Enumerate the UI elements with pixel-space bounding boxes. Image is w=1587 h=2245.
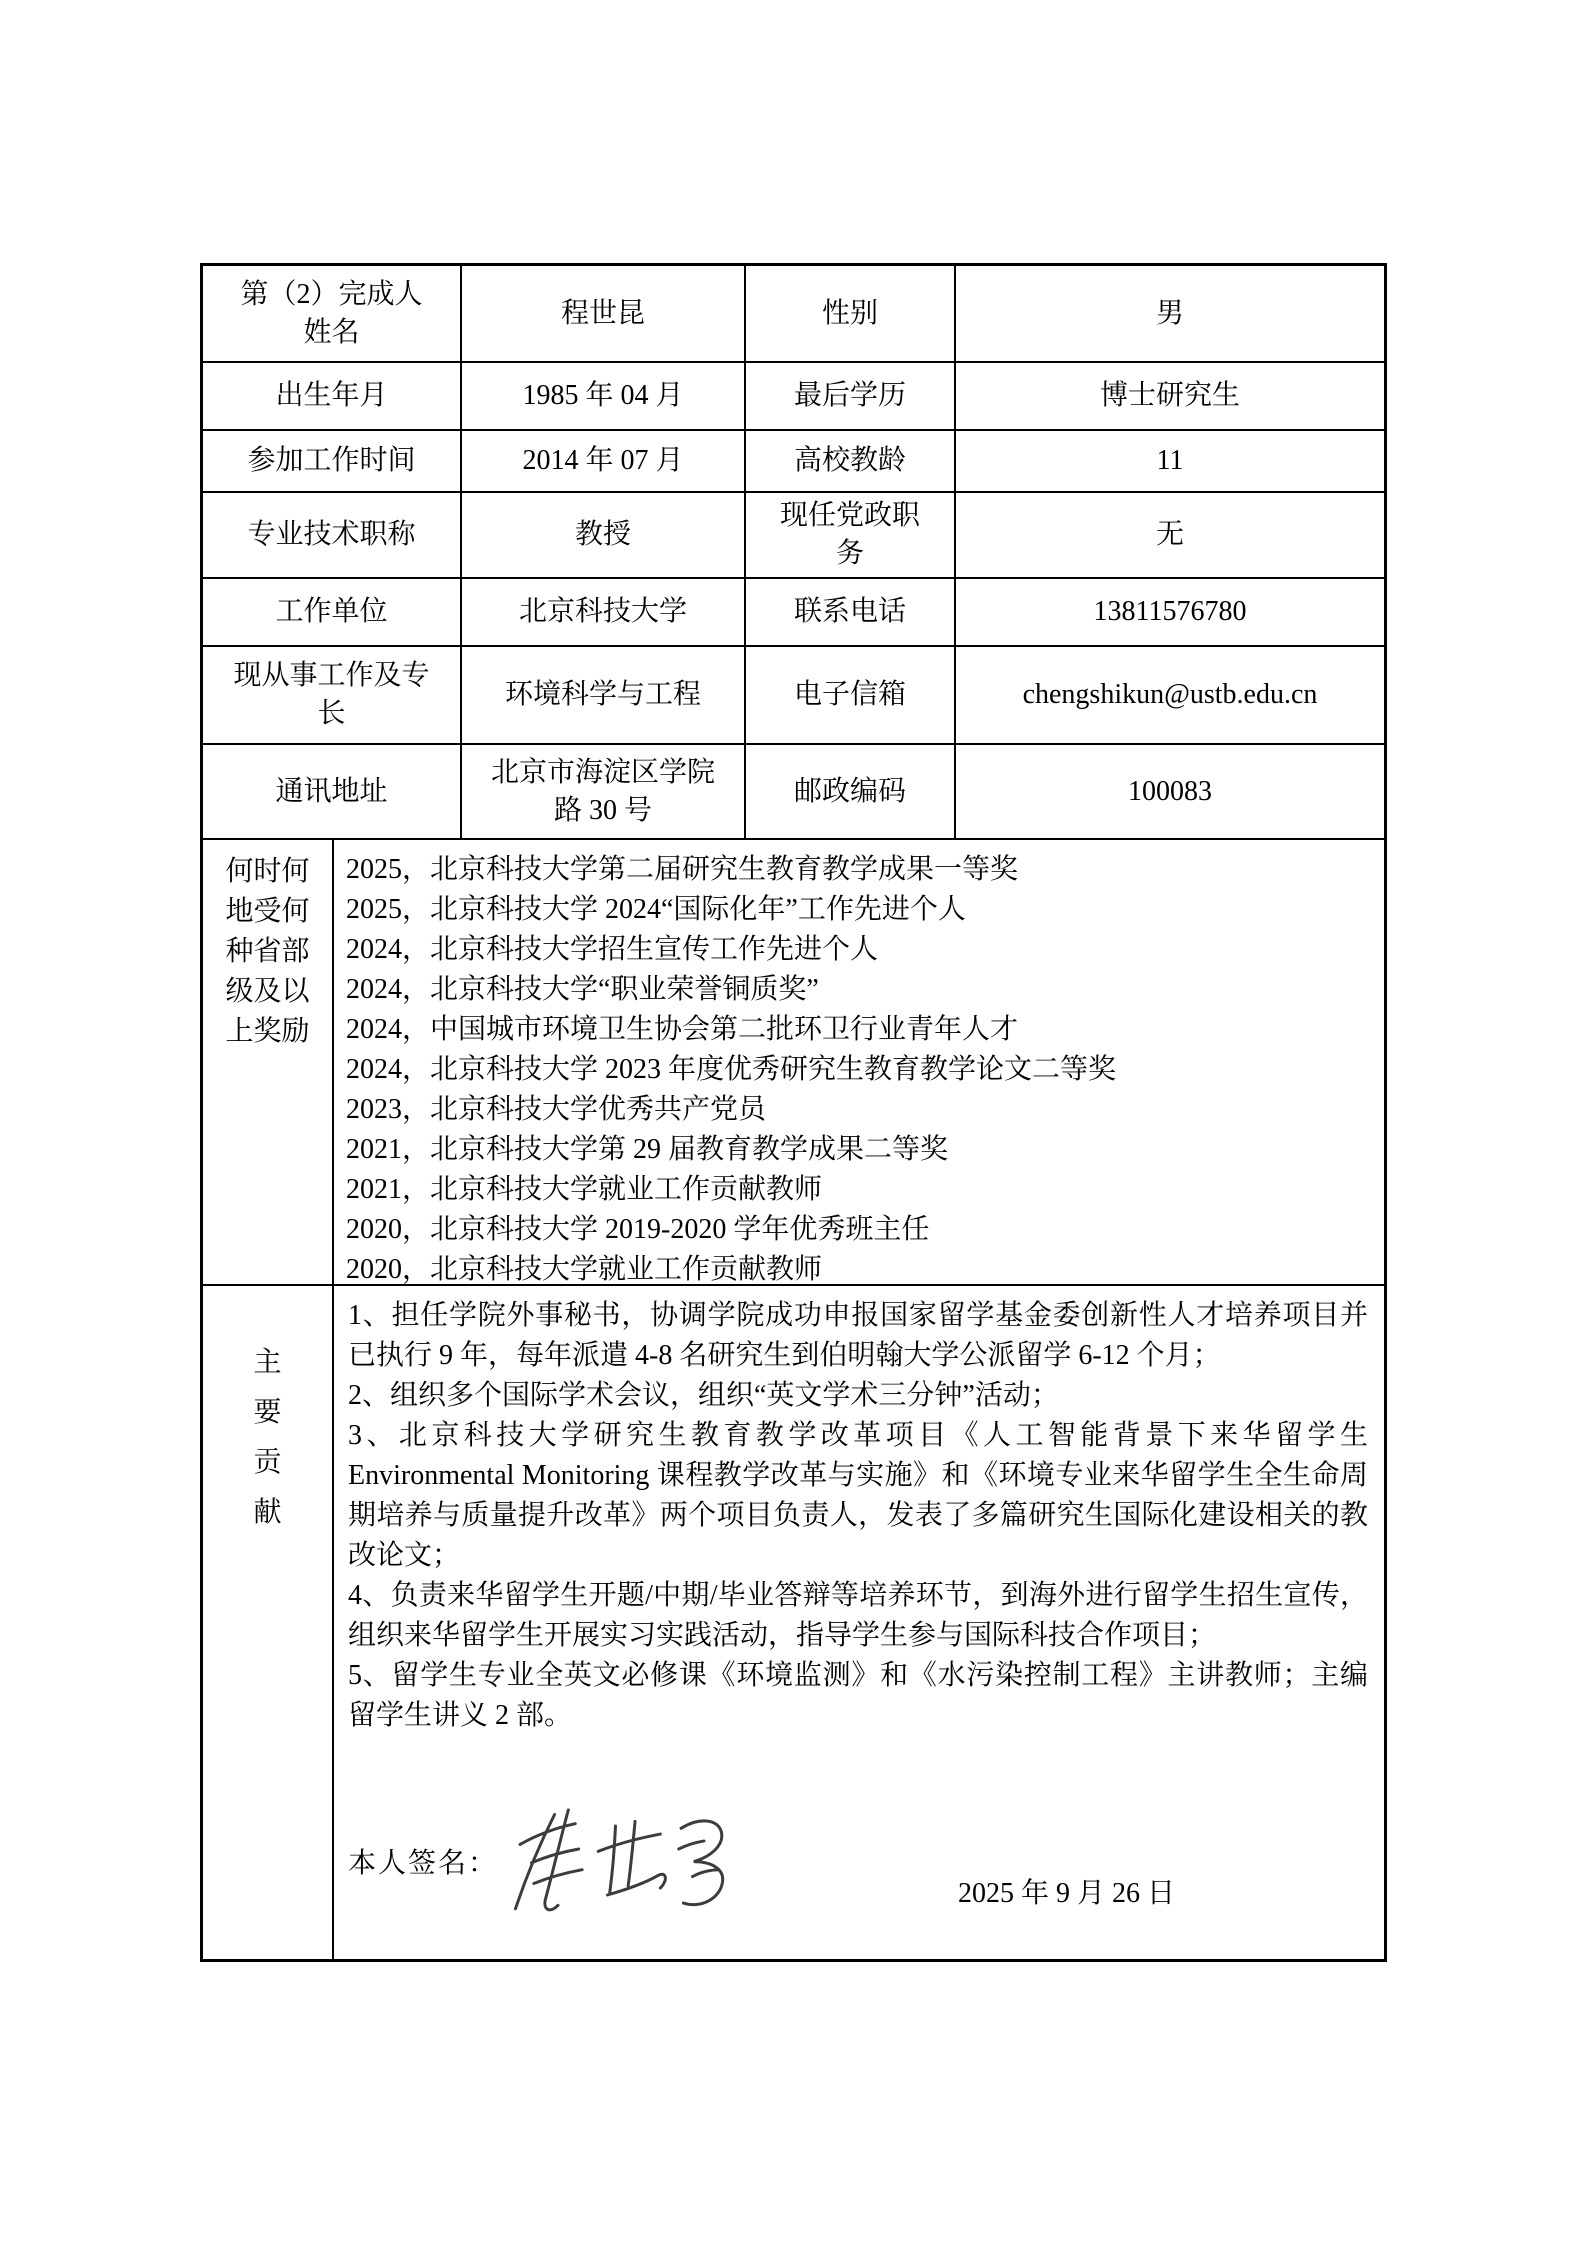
- birth-date-value: 1985 年 04 月: [462, 363, 746, 431]
- signature-label: 本人签名：: [348, 1844, 498, 1884]
- phone-label: 联系电话: [746, 579, 956, 647]
- table-row: 参加工作时间 2014 年 07 月 高校教龄 11: [203, 431, 1384, 493]
- award-item: 2024，北京科技大学 2023 年度优秀研究生教育教学论文二等奖: [346, 1050, 1370, 1090]
- award-item: 2024，北京科技大学招生宣传工作先进个人: [346, 930, 1370, 970]
- postcode-label: 邮政编码: [746, 745, 956, 840]
- table-row: 第（2）完成人 姓名 程世昆 性别 男: [203, 266, 1384, 363]
- table-row: 出生年月 1985 年 04 月 最后学历 博士研究生: [203, 363, 1384, 431]
- contributions-label: 主 要 贡 献: [203, 1286, 334, 1959]
- contribution-paragraph: 5、留学生专业全英文必修课《环境监测》和《水污染控制工程》主讲教师；主编留学生讲…: [348, 1656, 1368, 1736]
- phone-value: 13811576780: [956, 579, 1384, 647]
- completer-name-label: 第（2）完成人 姓名: [203, 266, 462, 363]
- gender-value: 男: [956, 266, 1384, 363]
- contribution-paragraph: 4、负责来华留学生开题/中期/毕业答辩等培养环节，到海外进行留学生招生宣传，组织…: [348, 1576, 1368, 1656]
- signature-date: 2025 年 9 月 26 日: [958, 1874, 1175, 1914]
- award-item: 2025，北京科技大学 2024“国际化年”工作先进个人: [346, 890, 1370, 930]
- address-label: 通讯地址: [203, 745, 462, 840]
- award-item: 2023，北京科技大学优秀共产党员: [346, 1090, 1370, 1130]
- email-label: 电子信箱: [746, 647, 956, 745]
- last-degree-value: 博士研究生: [956, 363, 1384, 431]
- completer-name-value: 程世昆: [462, 266, 746, 363]
- table-row: 现从事工作及专 长 环境科学与工程 电子信箱 chengshikun@ustb.…: [203, 647, 1384, 745]
- work-start-label: 参加工作时间: [203, 431, 462, 493]
- contribution-paragraph: 1、担任学院外事秘书，协调学院成功申报国家留学基金委创新性人才培养项目并已执行 …: [348, 1296, 1368, 1376]
- signature-image: [502, 1803, 752, 1918]
- award-item: 2024，中国城市环境卫生协会第二批环卫行业青年人才: [346, 1010, 1370, 1050]
- professional-title-value: 教授: [462, 493, 746, 579]
- party-post-value: 无: [956, 493, 1384, 579]
- table-row: 工作单位 北京科技大学 联系电话 13811576780: [203, 579, 1384, 647]
- awards-row: 何时何 地受何 种省部 级及以 上奖励 2025，北京科技大学第二届研究生教育教…: [203, 840, 1384, 1286]
- award-item: 2020，北京科技大学就业工作贡献教师: [346, 1250, 1370, 1286]
- signature-block: 本人签名：: [348, 1806, 752, 1921]
- work-start-value: 2014 年 07 月: [462, 431, 746, 493]
- award-item: 2025，北京科技大学第二届研究生教育教学成果一等奖: [346, 850, 1370, 890]
- award-item: 2021，北京科技大学就业工作贡献教师: [346, 1170, 1370, 1210]
- professional-title-label: 专业技术职称: [203, 493, 462, 579]
- postcode-value: 100083: [956, 745, 1384, 840]
- table-row: 通讯地址 北京市海淀区学院 路 30 号 邮政编码 100083: [203, 745, 1384, 840]
- award-item: 2021，北京科技大学第 29 届教育教学成果二等奖: [346, 1130, 1370, 1170]
- table-row: 专业技术职称 教授 现任党政职 务 无: [203, 493, 1384, 579]
- email-value: chengshikun@ustb.edu.cn: [956, 647, 1384, 745]
- contributions-content: 1、担任学院外事秘书，协调学院成功申报国家留学基金委创新性人才培养项目并已执行 …: [334, 1286, 1384, 1959]
- award-item: 2024，北京科技大学“职业荣誉铜质奖”: [346, 970, 1370, 1010]
- last-degree-label: 最后学历: [746, 363, 956, 431]
- teaching-years-label: 高校教龄: [746, 431, 956, 493]
- contribution-paragraph: 2、组织多个国际学术会议，组织“英文学术三分钟”活动；: [348, 1376, 1368, 1416]
- contribution-paragraph: 3、北京科技大学研究生教育教学改革项目《人工智能背景下来华留学生 Environ…: [348, 1416, 1368, 1576]
- personnel-form-table: 第（2）完成人 姓名 程世昆 性别 男 出生年月 1985 年 04 月 最后学…: [200, 263, 1387, 1962]
- awards-label: 何时何 地受何 种省部 级及以 上奖励: [203, 840, 334, 1286]
- teaching-years-value: 11: [956, 431, 1384, 493]
- award-item: 2020，北京科技大学 2019-2020 学年优秀班主任: [346, 1210, 1370, 1250]
- awards-list: 2025，北京科技大学第二届研究生教育教学成果一等奖 2025，北京科技大学 2…: [334, 840, 1384, 1286]
- gender-label: 性别: [746, 266, 956, 363]
- birth-date-label: 出生年月: [203, 363, 462, 431]
- contributions-row: 主 要 贡 献 1、担任学院外事秘书，协调学院成功申报国家留学基金委创新性人才培…: [203, 1286, 1384, 1959]
- address-value: 北京市海淀区学院 路 30 号: [462, 745, 746, 840]
- current-work-label: 现从事工作及专 长: [203, 647, 462, 745]
- employer-label: 工作单位: [203, 579, 462, 647]
- party-post-label: 现任党政职 务: [746, 493, 956, 579]
- employer-value: 北京科技大学: [462, 579, 746, 647]
- current-work-value: 环境科学与工程: [462, 647, 746, 745]
